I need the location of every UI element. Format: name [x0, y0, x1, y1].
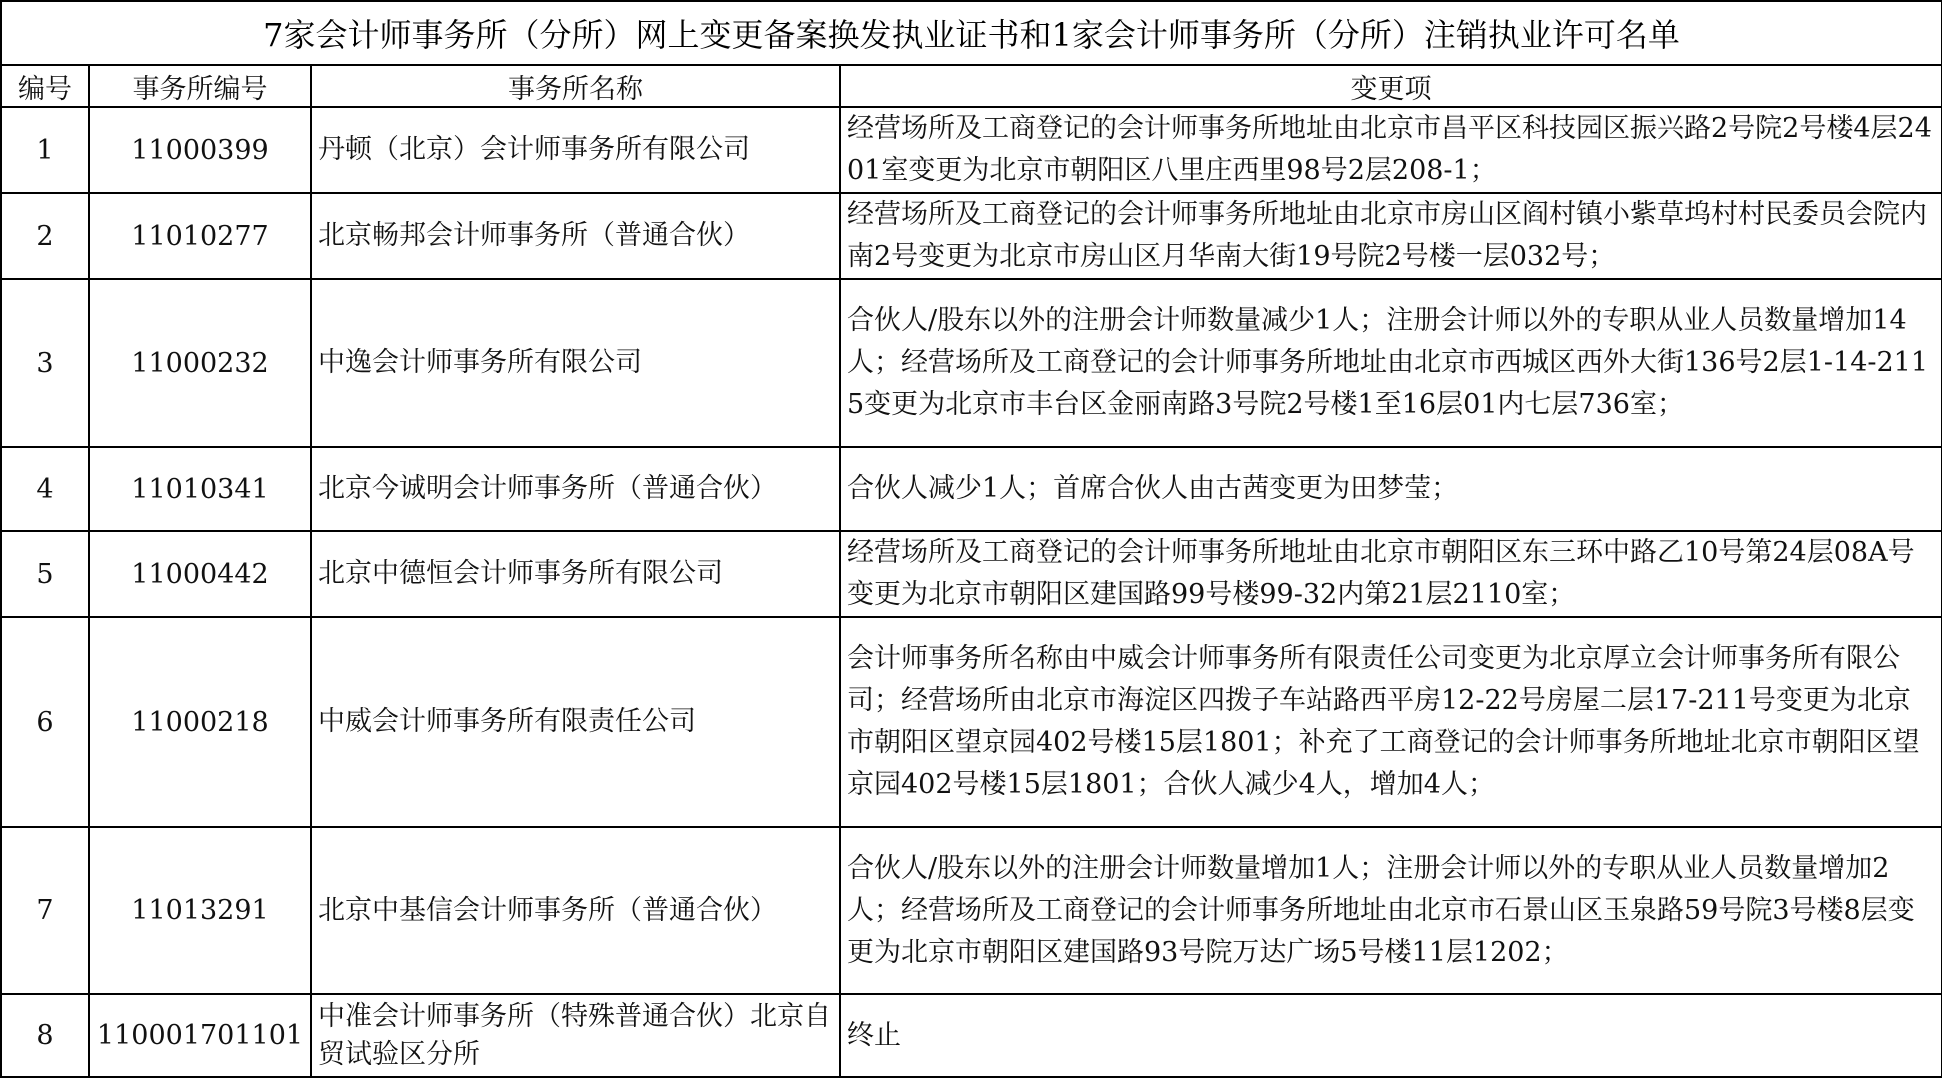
column-header-change: 变更项 [840, 65, 1942, 107]
firm-code: 110001701101 [89, 994, 311, 1073]
header-row: 编号 事务所编号 事务所名称 变更项 [1, 65, 1942, 107]
change-item: 会计师事务所名称由中威会计师事务所有限责任公司变更为北京厚立会计师事务所有限公司… [840, 617, 1942, 827]
row-index: 3 [1, 279, 89, 447]
change-item: 经营场所及工商登记的会计师事务所地址由北京市朝阳区东三环中路乙10号第24层08… [840, 531, 1942, 617]
table-row: 4 11010341 北京今诚明会计师事务所（普通合伙） 合伙人减少1人；首席合… [1, 447, 1942, 531]
table-row: 3 11000232 中逸会计师事务所有限公司 合伙人/股东以外的注册会计师数量… [1, 279, 1942, 447]
table-row: 6 11000218 中威会计师事务所有限责任公司 会计师事务所名称由中威会计师… [1, 617, 1942, 827]
column-header-index: 编号 [1, 65, 89, 107]
firm-code: 11010277 [89, 193, 311, 279]
change-item: 合伙人/股东以外的注册会计师数量增加1人；注册会计师以外的专职从业人员数量增加2… [840, 827, 1942, 994]
row-index: 2 [1, 193, 89, 279]
table-row: 8 110001701101 中准会计师事务所（特殊普通合伙）北京自贸试验区分所… [1, 994, 1942, 1073]
row-index: 5 [1, 531, 89, 617]
row-index: 6 [1, 617, 89, 827]
firm-code: 11010341 [89, 447, 311, 531]
firm-name: 北京今诚明会计师事务所（普通合伙） [311, 447, 840, 531]
firm-name: 北京畅邦会计师事务所（普通合伙） [311, 193, 840, 279]
firm-code: 11000399 [89, 107, 311, 193]
change-item: 经营场所及工商登记的会计师事务所地址由北京市昌平区科技园区振兴路2号院2号楼4层… [840, 107, 1942, 193]
change-item: 终止 [840, 994, 1942, 1073]
row-index: 4 [1, 447, 89, 531]
column-header-firm-code: 事务所编号 [89, 65, 311, 107]
firm-name: 北京中德恒会计师事务所有限公司 [311, 531, 840, 617]
row-index: 8 [1, 994, 89, 1073]
table-row: 2 11010277 北京畅邦会计师事务所（普通合伙） 经营场所及工商登记的会计… [1, 193, 1942, 279]
firm-name: 北京中基信会计师事务所（普通合伙） [311, 827, 840, 994]
table-row: 5 11000442 北京中德恒会计师事务所有限公司 经营场所及工商登记的会计师… [1, 531, 1942, 617]
document-title: 7家会计师事务所（分所）网上变更备案换发执业证书和1家会计师事务所（分所）注销执… [1, 1, 1942, 65]
row-index: 1 [1, 107, 89, 193]
firm-code: 11000218 [89, 617, 311, 827]
firm-name: 中准会计师事务所（特殊普通合伙）北京自贸试验区分所 [311, 994, 840, 1073]
change-item: 经营场所及工商登记的会计师事务所地址由北京市房山区阎村镇小紫草坞村村民委员会院内… [840, 193, 1942, 279]
firm-code: 11013291 [89, 827, 311, 994]
firm-code: 11000442 [89, 531, 311, 617]
table-row: 7 11013291 北京中基信会计师事务所（普通合伙） 合伙人/股东以外的注册… [1, 827, 1942, 994]
row-index: 7 [1, 827, 89, 994]
firm-name: 中威会计师事务所有限责任公司 [311, 617, 840, 827]
change-item: 合伙人/股东以外的注册会计师数量减少1人；注册会计师以外的专职从业人员数量增加1… [840, 279, 1942, 447]
firm-name: 丹顿（北京）会计师事务所有限公司 [311, 107, 840, 193]
title-row: 7家会计师事务所（分所）网上变更备案换发执业证书和1家会计师事务所（分所）注销执… [1, 1, 1942, 65]
firm-name: 中逸会计师事务所有限公司 [311, 279, 840, 447]
license-change-table: 7家会计师事务所（分所）网上变更备案换发执业证书和1家会计师事务所（分所）注销执… [0, 0, 1942, 1073]
change-item: 合伙人减少1人；首席合伙人由古茜变更为田梦莹； [840, 447, 1942, 531]
column-header-firm-name: 事务所名称 [311, 65, 840, 107]
firm-code: 11000232 [89, 279, 311, 447]
table-row: 1 11000399 丹顿（北京）会计师事务所有限公司 经营场所及工商登记的会计… [1, 107, 1942, 193]
